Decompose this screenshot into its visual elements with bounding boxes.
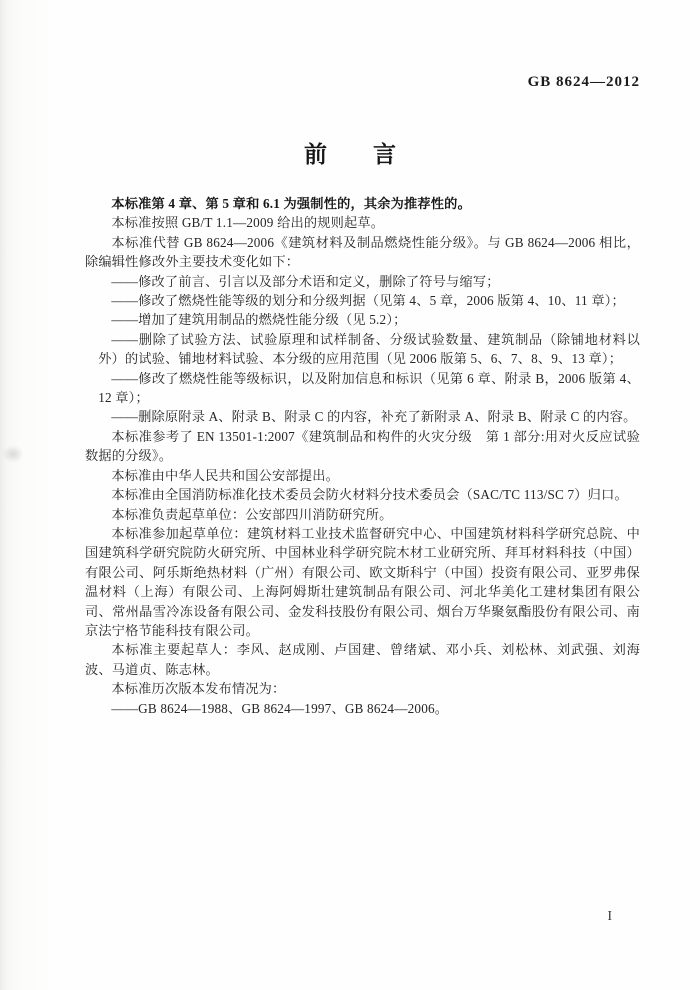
page-title: 前 言 — [0, 136, 700, 169]
paragraph: 本标准由中华人民共和国公安部提出。 — [85, 466, 640, 485]
paragraph: 本标准由全国消防标准化技术委员会防火材料分技术委员会（SAC/TC 113/SC… — [85, 485, 640, 504]
paragraph: 本标准主要起草人：李风、赵成刚、卢国建、曾绪斌、邓小兵、刘松林、刘武强、刘海波、… — [85, 640, 640, 679]
paragraph: 本标准参考了 EN 13501-1:2007《建筑制品和构件的火灾分级 第 1 … — [85, 427, 640, 466]
foreword-content: 本标准第 4 章、第 5 章和 6.1 为强制性的，其余为推荐性的。 本标准按照… — [85, 194, 640, 718]
standard-code: GB 8624—2012 — [528, 74, 640, 91]
page-number: I — [608, 908, 613, 924]
paragraph: 本标准代替 GB 8624—2006《建筑材料及制品燃烧性能分级》。与 GB 8… — [85, 233, 640, 272]
paragraph: 本标准负责起草单位：公安部四川消防研究所。 — [85, 505, 640, 524]
document-page: GB 8624—2012 前 言 本标准第 4 章、第 5 章和 6.1 为强制… — [0, 0, 700, 990]
paragraph: 本标准第 4 章、第 5 章和 6.1 为强制性的，其余为推荐性的。 — [85, 194, 640, 213]
scan-smudge — [2, 445, 24, 463]
list-item: ——修改了前言、引言以及部分术语和定义，删除了符号与缩写； — [85, 272, 640, 291]
list-item: ——GB 8624—1988、GB 8624—1997、GB 8624—2006… — [85, 699, 640, 718]
list-item: ——删除了试验方法、试验原理和试样制备、分级试验数量、建筑制品（除铺地材料以外）… — [85, 330, 640, 369]
paragraph: 本标准历次版本发布情况为： — [85, 679, 640, 698]
list-item: ——修改了燃烧性能等级标识，以及附加信息和标识（见第 6 章、附录 B，2006… — [85, 369, 640, 408]
list-item: ——增加了建筑用制品的燃烧性能分级（见 5.2）； — [85, 310, 640, 329]
list-item: ——删除原附录 A、附录 B、附录 C 的内容，补充了新附录 A、附录 B、附录… — [85, 407, 640, 426]
paragraph: 本标准按照 GB/T 1.1—2009 给出的规则起草。 — [85, 213, 640, 232]
list-item: ——修改了燃烧性能等级的划分和分级判据（见第 4、5 章，2006 版第 4、1… — [85, 291, 640, 310]
paragraph: 本标准参加起草单位：建筑材料工业技术监督研究中心、中国建筑材料科学研究总院、中国… — [85, 524, 640, 640]
